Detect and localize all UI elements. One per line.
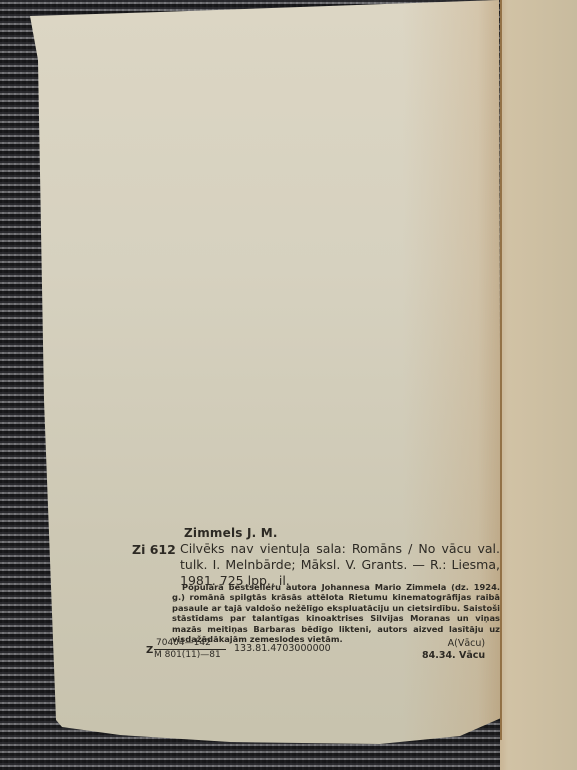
code-denominator: M 801(11)—81 [154,650,226,661]
annotation-text: Populārā bestselleru autora Johannesa Ma… [172,582,500,644]
author-heading: Zimmels J. M. [184,526,278,540]
language-code-line1: A(Vācu) [422,638,485,650]
language-code-line2: 84.34. Vācu [422,650,485,662]
call-number: Zi 612 [132,542,176,557]
code-prefix: Z [146,645,153,656]
facing-page [500,0,577,770]
page-gutter [500,0,502,740]
code-numerator: 70404—142 [154,638,226,650]
udk-code: 133.81.4703000000 [234,643,331,654]
code-fraction: 70404—142 M 801(11)—81 [154,638,226,661]
language-classification: A(Vācu) 84.34. Vācu [422,638,485,661]
